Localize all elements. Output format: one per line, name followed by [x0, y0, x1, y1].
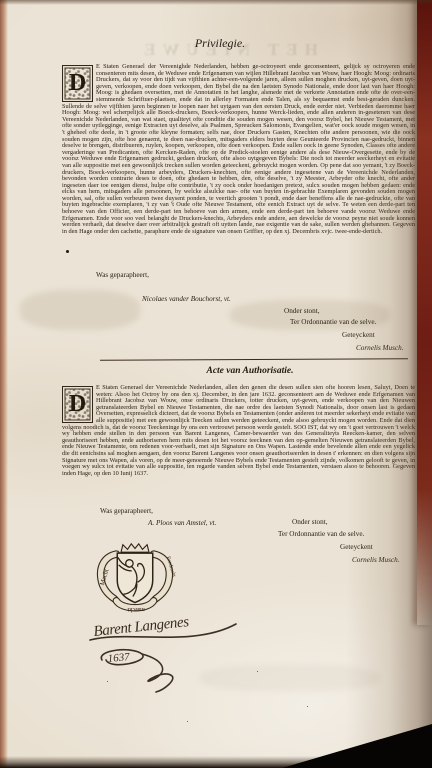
page-title: Privilegie.: [150, 36, 290, 51]
signature-tail-flourish: [142, 654, 173, 692]
woodcut-initial-d: D: [62, 386, 93, 423]
shield-icon: [117, 553, 152, 602]
crown-icon: [121, 544, 149, 552]
bleedthrough-smudge: [20, 290, 140, 330]
page-top-edge: [0, 0, 432, 5]
woodcut-initial-d: D: [62, 65, 93, 102]
paraph-line-1: Was geparapheert,: [96, 271, 149, 279]
acte-heading: Acte van Authorisatie.: [150, 366, 350, 376]
paraph-signature-2: A. Ploos van Amstel, vt.: [148, 519, 216, 527]
paraph-line-2: Was geparapheert,: [100, 507, 153, 515]
paper-specks: [66, 250, 69, 253]
book-binding-edge: [417, 0, 432, 625]
book-page-photo: HET NIEUWE Privilegie. DE Staten Generae…: [0, 0, 432, 768]
page-left-edge: [0, 0, 8, 768]
onder-stont-2: Onder stont,: [292, 518, 328, 526]
paraph-signature-1: Nicolaes vander Bouchorst, vt.: [142, 295, 231, 303]
handwritten-signature-block: Barent Langenes 1637: [68, 610, 258, 696]
handwritten-year: 1637: [107, 651, 130, 665]
onder-stont-1: Onder stont,: [284, 307, 320, 315]
